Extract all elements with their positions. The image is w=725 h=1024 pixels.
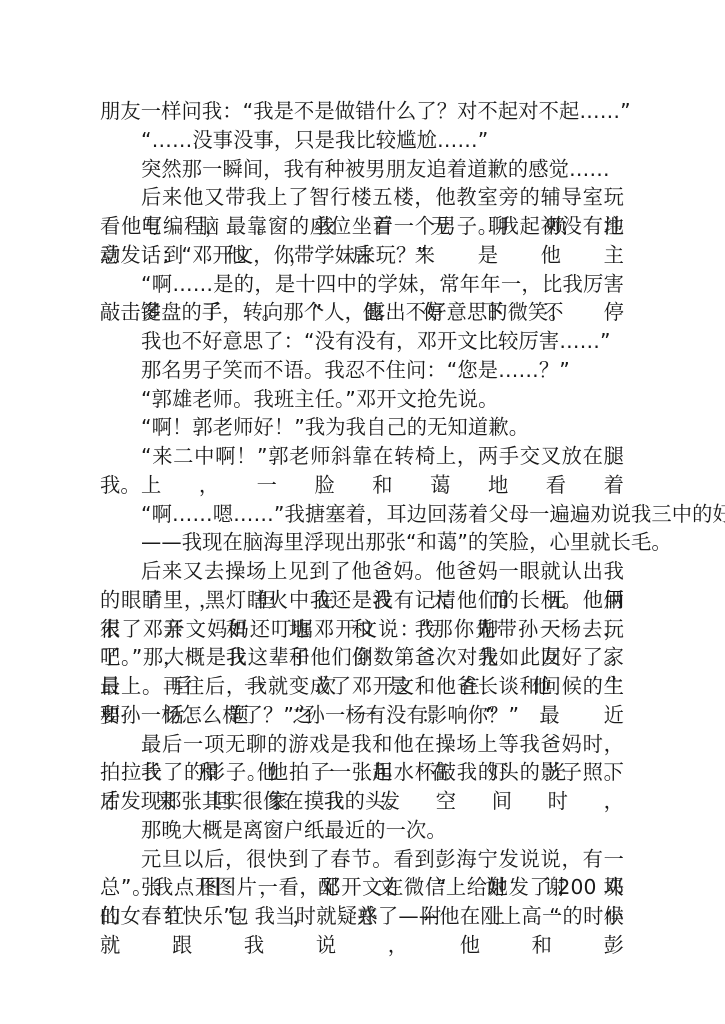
text-line: 的眼睛里，黑灯瞎火中我还是没有记清他们的长相。他俩很亲和地和我聊天， [100,586,624,615]
text-line: 朋友一样问我：“我是不是做错什么了？对不起对不起……” [100,97,624,126]
text-line: 最后一项无聊的游戏是我和他在操场上等我爸妈时，我和他一起在灯光下 [100,730,624,759]
text-line: 那名男子笑而不语。我忍不住问：“您是……？” [100,356,624,385]
text-line: 后来他又带我上了智行楼五楼，他教室旁的辅导室玩电脑。我百无聊赖地 [100,183,624,212]
document-page: 朋友一样问我：“我是不是做错什么了？对不起对不起……”“……没事没事，只是我比较… [100,97,624,931]
text-line: 末了邓开文妈妈还叮嘱邓开文说：“那你先带孙一杨去玩吧，我和你爸先回家 [100,615,624,644]
text-line: 后来又去操场上见到了他爸妈。他爸妈一眼就认出我了，但在我大而无用 [100,557,624,586]
text-line: 了。”那大概是我这辈子他们倒数第二次对我如此友好了。最后一次是在他生 [100,643,624,672]
text-line: 我也不好意思了：“没有没有，邓开文比较厉害……” [100,327,624,356]
text-line: “啊……是的，是十四中的学妹，常年年一，比我厉害多了。”他停下不停 [100,270,624,299]
text-line: “啊……嗯……”我搪塞着，耳边回荡着父母一遍遍劝说我三中的好。 [100,500,624,529]
text-line: 元旦以后，很快到了春节。看到彭海宁发说说，有一张图，配文“谢谢邓 [100,845,624,874]
text-line: 仙女春节快乐”。我当时就疑惑了——他在刚上高一的时候就跟我说，他和彭 [100,902,624,931]
text-line: “……没事没事，只是我比较尴尬……” [100,126,624,155]
text-line: ——我现在脑海里浮现出那张“和蔼”的笑脸，心里就长毛。 [100,528,624,557]
text-line: 那晚大概是离窗户纸最近的一次。 [100,816,624,845]
text-line: “啊！郭老师好！”我为我自己的无知道歉。 [100,413,624,442]
text-line: “郭雄老师。我班主任。”邓开文抢先说。 [100,385,624,414]
text-line: “来二中啊！”郭老师斜靠在转椅上，两手交叉放在腿上，一脸和蔼地看着 [100,442,624,471]
text-line: 看他写编程，最靠窗的座位坐着一个男子。我起初没有注意到他，后来是他主 [100,212,624,241]
text-line: 日上。再往后，我就变成了邓开文和他爸长谈和问候的主要话题之一：“最近 [100,672,624,701]
text-line: 敲击键盘的手，转向那个人，露出不好意思的微笑。 [100,298,624,327]
text-line: 拍拉长了的影子。他拍了一张用水杯敲我的头的影子照。后来回家我发空间时， [100,758,624,787]
text-line: 突然那一瞬间，我有种被男朋友追着道歉的感觉…… [100,155,624,184]
text-line: 总”。我点开图片一看，邓开文在微信上给她发了 200 块的红包，并附上“小 [100,873,624,902]
